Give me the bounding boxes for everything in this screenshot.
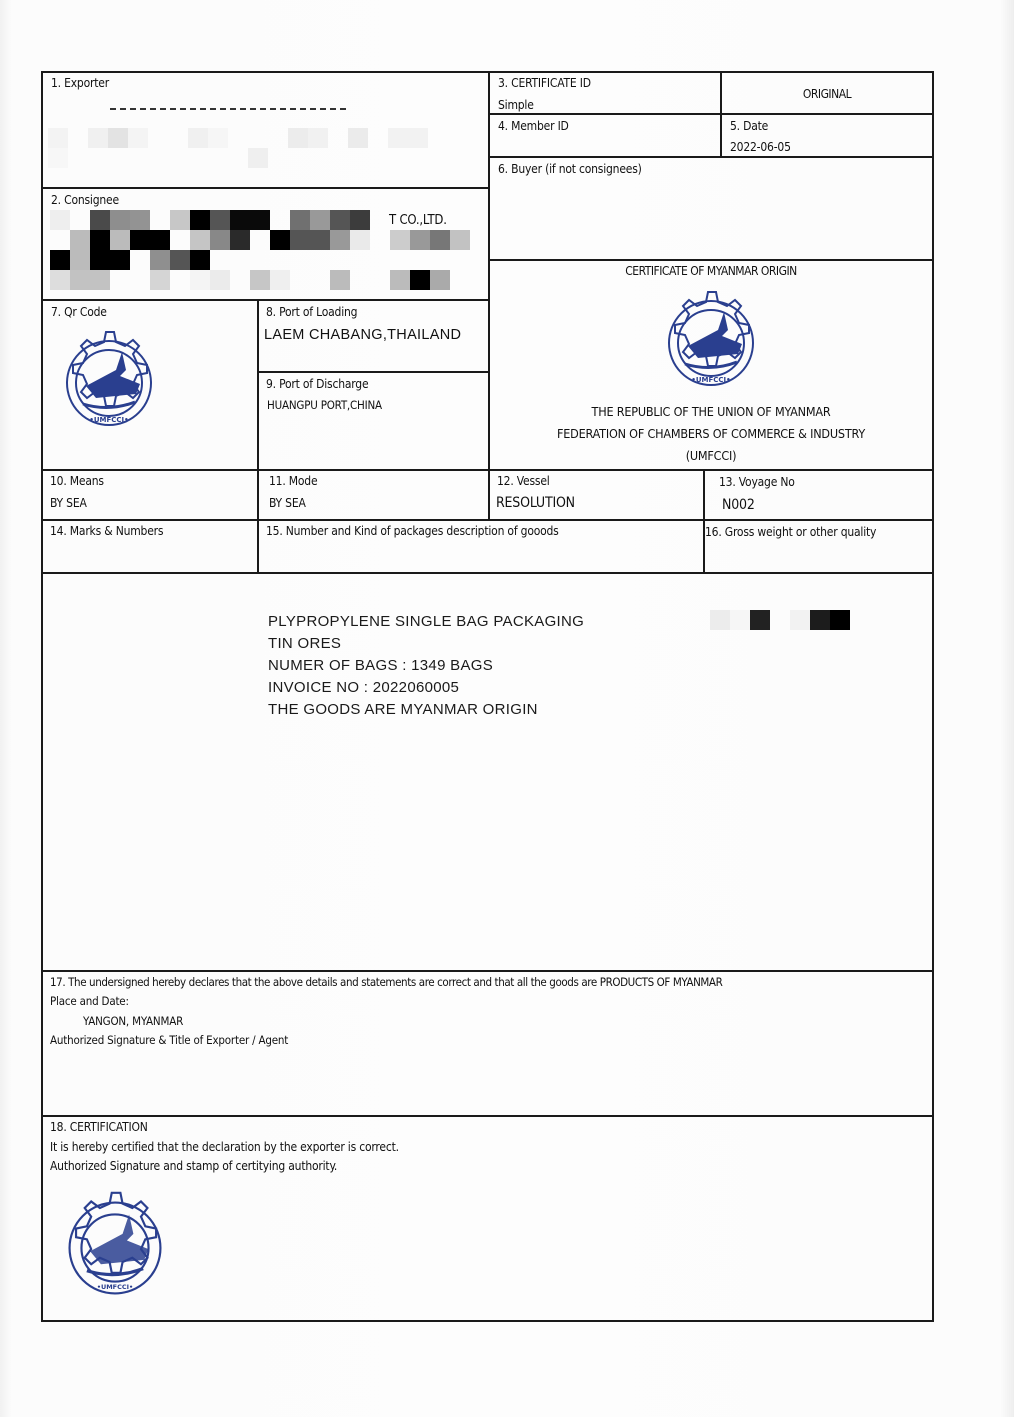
origin-line2: FEDERATION OF CHAMBERS OF COMMERCE & IND… [490, 427, 932, 441]
original-copy-label: ORIGINAL [722, 87, 932, 101]
goods-line: THE GOODS ARE MYANMAR ORIGIN [268, 699, 584, 721]
port-of-loading-label: 8. Port of Loading [266, 305, 357, 319]
divider [41, 187, 490, 189]
border-left [41, 71, 43, 1322]
vessel-value: RESOLUTION [496, 496, 575, 510]
mode-value: BY SEA [269, 496, 306, 510]
divider [488, 469, 490, 521]
divider [257, 371, 490, 373]
svg-text:•UMFCCI•: •UMFCCI• [691, 376, 730, 384]
qr-code-seal-icon: •UMFCCI• [48, 322, 170, 444]
consignee-label: 2. Consignee [51, 193, 119, 207]
certification-title: 18. CERTIFICATION [50, 1120, 148, 1134]
packages-description-label: 15. Number and Kind of packages descript… [266, 524, 559, 538]
date-label: 5. Date [730, 119, 768, 133]
buyer-label: 6. Buyer (if not consignees) [498, 162, 642, 176]
goods-line: PLYPROPYLENE SINGLE BAG PACKAGING [268, 611, 584, 633]
voyage-no-value: N002 [722, 498, 755, 512]
origin-line1: THE REPUBLIC OF THE UNION OF MYANMAR [490, 405, 932, 419]
port-of-discharge-label: 9. Port of Discharge [266, 377, 368, 391]
voyage-no-label: 13. Voyage No [719, 475, 795, 489]
exporter-label: 1. Exporter [51, 76, 109, 90]
divider [41, 970, 934, 972]
mode-label: 11. Mode [269, 474, 317, 488]
gross-weight-label: 16. Gross weight or other quality [705, 525, 876, 539]
origin-line3: (UMFCCI) [490, 449, 932, 463]
vessel-label: 12. Vessel [497, 474, 550, 488]
goods-line: NUMER OF BAGS : 1349 BAGS [268, 655, 584, 677]
certification-line1: It is hereby certified that the declarat… [50, 1140, 399, 1154]
means-label: 10. Means [50, 474, 104, 488]
svg-text:•UMFCCI•: •UMFCCI• [97, 1283, 133, 1291]
divider [488, 156, 934, 158]
certificate-id-label: 3. CERTIFICATE ID [498, 76, 591, 90]
divider [488, 113, 934, 115]
port-of-loading-value: LAEM CHABANG,THAILAND [264, 328, 461, 342]
divider [257, 299, 259, 574]
divider [41, 1115, 934, 1117]
divider [41, 572, 934, 574]
svg-text:•UMFCCI•: •UMFCCI• [89, 416, 128, 424]
certification-line2: Authorized Signature and stamp of certit… [50, 1159, 337, 1173]
divider [41, 519, 934, 521]
port-of-discharge-value: HUANGPU PORT,CHINA [267, 398, 382, 412]
origin-title: CERTIFICATE OF MYANMAR ORIGIN [490, 264, 932, 278]
divider [703, 469, 705, 574]
goods-line: TIN ORES [268, 633, 584, 655]
declaration-text: 17. The undersigned hereby declares that… [50, 975, 722, 989]
consignee-name-fragment: T CO.,LTD. [389, 214, 447, 228]
exporter-text-fragment [110, 108, 346, 110]
umfcci-seal-icon: •UMFCCI• [650, 282, 772, 404]
member-id-label: 4. Member ID [498, 119, 569, 133]
qr-code-label: 7. Qr Code [51, 305, 107, 319]
certification-stamp-icon: •UMFCCI• [46, 1182, 184, 1314]
divider [488, 259, 934, 261]
exporter-signature-label: Authorized Signature & Title of Exporter… [50, 1033, 288, 1047]
place-date-label: Place and Date: [50, 994, 129, 1008]
goods-line: INVOICE NO : 2022060005 [268, 677, 584, 699]
place-date-value: YANGON, MYANMAR [83, 1014, 183, 1028]
border-bottom [41, 1320, 934, 1322]
marks-numbers-label: 14. Marks & Numbers [50, 524, 163, 538]
certificate-id-value: Simple [498, 98, 534, 112]
date-value: 2022-06-05 [730, 140, 791, 154]
means-value: BY SEA [50, 496, 87, 510]
goods-description: PLYPROPYLENE SINGLE BAG PACKAGING TIN OR… [268, 611, 584, 721]
divider [41, 299, 490, 301]
